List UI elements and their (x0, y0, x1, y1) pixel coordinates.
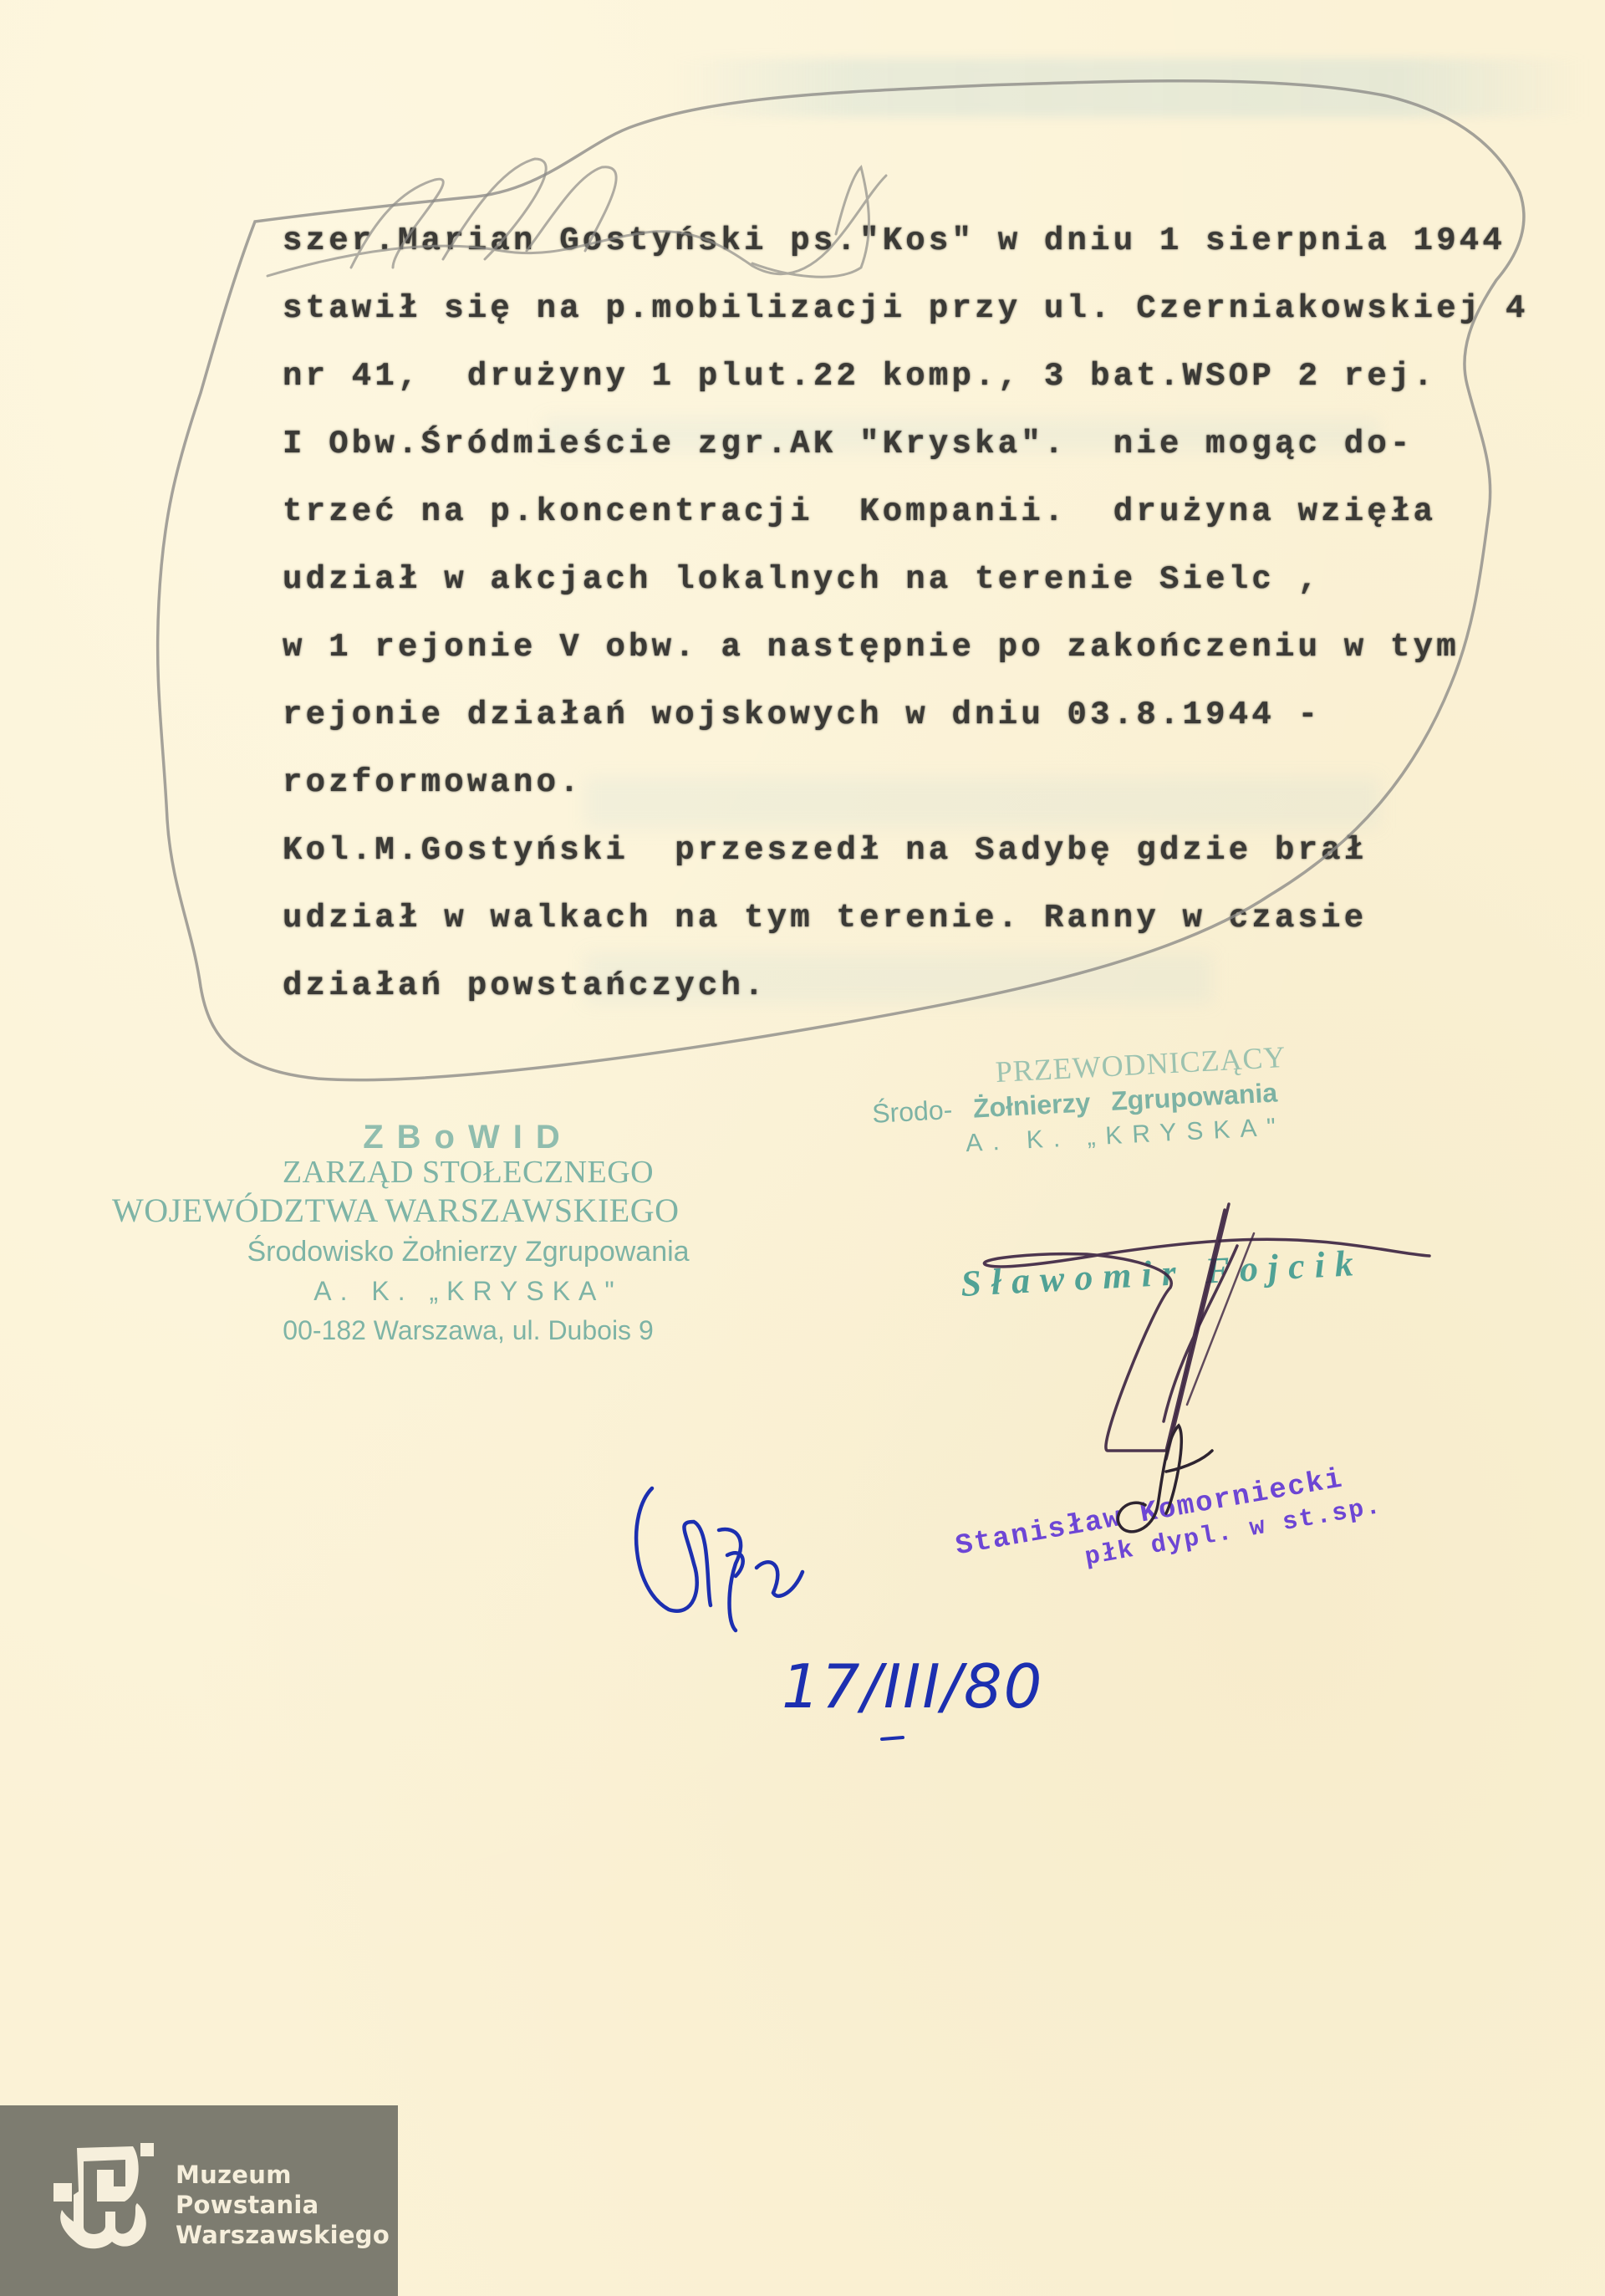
stamp-line: 00-182 Warszawa, ul. Dubois 9 (117, 1309, 819, 1351)
kotwica-anchor-icon (53, 2143, 154, 2252)
museum-logo-panel: Muzeum Powstania Warszawskiego (0, 2105, 398, 2296)
typed-line: trzeć na p.koncentracji Kompanii. drużyn… (283, 478, 1603, 546)
typewritten-text: szer.Marian Gostyński ps."Kos" w dniu 1 … (283, 207, 1603, 1020)
stamp-line: WOJEWÓDZTWA WARSZAWSKIEGO (112, 1191, 819, 1231)
chairman-name-stamp: Sławomir Fojcik (960, 1242, 1364, 1305)
document-page: szer.Marian Gostyński ps."Kos" w dniu 1 … (0, 0, 1605, 2296)
chairman-signature-stroke (1166, 1204, 1229, 1459)
stamp-line: A. K. „KRYSKA" (117, 1273, 819, 1309)
typed-line: stawił się na p.mobilizacji przy ul. Cze… (283, 275, 1603, 343)
museum-name-line: Powstania (176, 2190, 390, 2220)
stamp-line: ZBoWID (117, 1120, 819, 1154)
handwritten-date: 17/III/80 (782, 1651, 1043, 1722)
museum-name-line: Muzeum (176, 2160, 390, 2190)
chairman-signature (984, 1210, 1429, 1451)
bleed-through-header (669, 59, 1588, 117)
typed-line: udział w walkach na tym terenie. Ranny w… (283, 885, 1603, 952)
typed-line: nr 41, drużyny 1 plut.22 komp., 3 bat.WS… (283, 343, 1603, 411)
typed-line: I Obw.Śródmieście zgr.AK "Kryska". nie m… (283, 411, 1603, 478)
museum-name-line: Warszawskiego (176, 2220, 390, 2250)
zbowid-stamp: ZBoWID ZARZĄD STOŁECZNEGO WOJEWÓDZTWA WA… (117, 1120, 819, 1351)
officer-stamp: Stanisław Komorniecki płk dypl. w st.sp. (953, 1456, 1384, 1595)
stamp-line-head: Środo- (871, 1094, 953, 1129)
typed-line: działań powstańczych. (283, 952, 1603, 1020)
date-underline (882, 1737, 903, 1739)
chairman-stamp: PRZEWODNICZĄCY Środo- Żołnierzy Zgrupowa… (869, 1027, 1542, 1166)
typed-line: udział w akcjach lokalnych na terenie Si… (283, 546, 1603, 614)
typed-line: szer.Marian Gostyński ps."Kos" w dniu 1 … (283, 207, 1603, 275)
typed-line: rejonie działań wojskowych w dniu 03.8.1… (283, 681, 1603, 749)
blue-pen-signature (636, 1488, 802, 1630)
typed-line: rozformowano. (283, 749, 1603, 817)
museum-name: Muzeum Powstania Warszawskiego (176, 2160, 390, 2250)
typed-line: w 1 rejonie V obw. a następnie po zakońc… (283, 614, 1603, 681)
stamp-line: Środowisko Żołnierzy Zgrupowania (117, 1231, 819, 1273)
stamp-line: ZARZĄD STOŁECZNEGO (117, 1154, 819, 1191)
typed-line: Kol.M.Gostyński przeszedł na Sadybę gdzi… (283, 817, 1603, 885)
